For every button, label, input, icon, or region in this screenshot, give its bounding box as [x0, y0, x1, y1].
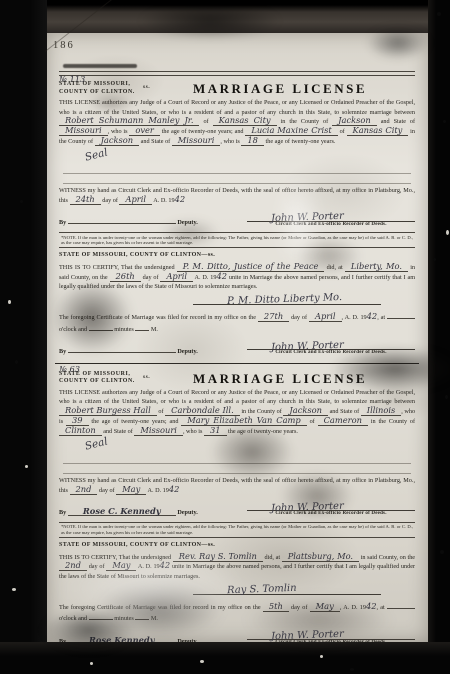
license2-certificate: THIS IS TO CERTIFY, That the undersigned… [59, 553, 415, 582]
scan-speck [200, 660, 204, 663]
meridiem-blank [135, 323, 149, 331]
hw-married-month: May [106, 560, 136, 571]
hw-witness-month: May [116, 484, 146, 495]
signature-line: John W. Porter [247, 210, 415, 222]
form-of: of [158, 408, 163, 415]
license1-filed: The foregoing Certificate of Marriage wa… [59, 311, 415, 334]
license-section-1: № 113 STATE OF MISSOURI, COUNTY OF CLINT… [59, 79, 415, 357]
hw-clerk-signature: John W. Porter [271, 501, 344, 513]
header-rule [59, 71, 415, 76]
seal-row: Seal [59, 436, 415, 451]
hw-bride-state: Missouri [134, 425, 183, 436]
form-by: By [59, 509, 66, 516]
scan-speck [445, 395, 448, 399]
hw-bride-city: Kansas City [347, 125, 409, 136]
oclock-blank [387, 601, 415, 609]
deputy-blank: Rose Kennedy [68, 637, 176, 645]
minutes-blank [89, 323, 113, 331]
form-oclock: o'clock and [59, 615, 87, 622]
form-who-is: , who is [183, 428, 202, 435]
scan-speck [433, 258, 436, 261]
hw-married-year: 42 [160, 560, 171, 570]
hw-witness-day: 2nd [70, 484, 98, 495]
form-filed: The foregoing Certificate of Marriage wa… [59, 604, 261, 611]
hw-officiant-signature: Ray S. Tomlin [227, 584, 297, 596]
consent-blank-lines [63, 164, 411, 184]
form-certify: THIS IS TO CERTIFY, That the undersigned [59, 264, 175, 271]
hw-married-at: Liberty, Mo. [345, 261, 408, 272]
scan-speck [90, 662, 93, 665]
form-ad: A. D. 19 [138, 563, 160, 570]
form-of: of [340, 128, 345, 135]
deputy-blank [68, 216, 176, 224]
form-day-of: day of [291, 604, 307, 611]
scan-speck [8, 300, 11, 304]
form-ad-comma: , A. D. 19 [342, 314, 367, 321]
officiant-signature-row: Ray S. Tomlin [59, 583, 381, 599]
hw-bride-county: Clinton [59, 425, 102, 436]
hw-seal-flourish: Seal [84, 148, 109, 163]
seal-row: Seal [59, 147, 415, 162]
license1-body: THIS LICENSE authorizes any Judge of a C… [59, 98, 415, 147]
form-day-of: day of [89, 563, 105, 570]
license1-certificate: THIS IS TO CERTIFY, That the undersigned… [59, 263, 415, 292]
signature-line: John W. Porter [247, 628, 415, 640]
license1-cert-state-line: STATE OF MISSOURI, COUNTY OF CLINTON—ss. [59, 251, 415, 261]
scan-border-bottom [0, 642, 450, 674]
page-content: № 113 STATE OF MISSOURI, COUNTY OF CLINT… [59, 79, 415, 646]
form-in-county: in the County of [371, 418, 415, 425]
hw-deputy-name: Rose C. Kennedy [83, 506, 161, 516]
license2-cert-state-line: STATE OF MISSOURI, COUNTY OF CLINTON—ss. [59, 541, 415, 551]
form-by: By [59, 219, 66, 226]
hw-filed-month: April [309, 311, 342, 322]
oclock-blank [387, 311, 415, 319]
hw-married-year: 42 [216, 271, 227, 281]
state-line: STATE OF MISSOURI, [59, 81, 130, 87]
license1-filed-by-row: By Deputy. John W. Porter Circuit Clerk … [59, 338, 415, 357]
license-section-2: № 63 STATE OF MISSOURI, COUNTY OF CLINTO… [59, 369, 415, 647]
scan-speck [12, 588, 16, 591]
hw-filed-year: 42 [367, 311, 378, 321]
scan-border-top [0, 0, 450, 33]
form-and-state: and State of [103, 428, 133, 435]
form-deputy: Deputy. [177, 638, 197, 645]
scanned-record-image: { "page": { "number": "186" }, "form": {… [0, 0, 450, 674]
scan-speck [443, 120, 446, 123]
form-ad: A. D. 19 [195, 274, 217, 281]
scanned-page: 186 № 113 STATE OF MISSOURI, COUNTY OF C… [47, 33, 428, 642]
form-age-clause: the age of twenty-one years; [91, 418, 166, 425]
license2-title: MARRIAGE LICENSE [171, 374, 389, 384]
hw-married-day: 2nd [59, 560, 87, 571]
hw-filed-day: 5th [263, 601, 289, 612]
hw-officiant-name: P. M. Ditto, Justice of the Peace [177, 261, 325, 272]
form-minutes: minutes [114, 615, 134, 622]
form-m: M. [151, 326, 158, 333]
hw-clerk-signature: John W. Porter [271, 340, 344, 352]
scan-speck [320, 655, 323, 658]
hw-bride-city: Cameron [318, 415, 368, 426]
form-ad-comma: , A. D. 19 [340, 604, 366, 611]
form-did-at: did, at [327, 264, 343, 271]
license1-state-county: STATE OF MISSOURI, COUNTY OF CLINTON. ss… [59, 81, 171, 96]
hw-married-month: April [160, 271, 193, 282]
ss-mark: ss. [143, 374, 150, 382]
scan-border-left [0, 0, 47, 674]
license2-header: № 63 STATE OF MISSOURI, COUNTY OF CLINTO… [59, 369, 415, 386]
consent-blank-lines [63, 454, 411, 474]
hw-officiant-signature: P. M. Ditto Liberty Mo. [227, 293, 342, 307]
license1-title: MARRIAGE LICENSE [171, 84, 389, 94]
form-oclock: o'clock and [59, 326, 87, 333]
hw-filed-deputy: Rose Kennedy [89, 635, 155, 645]
hw-filed-year: 42 [366, 601, 377, 611]
minutes-blank [89, 612, 113, 620]
form-minutes: minutes [114, 326, 134, 333]
scan-speck [440, 550, 444, 554]
form-at: , at [377, 604, 385, 611]
form-day-of: day of [102, 197, 118, 204]
hw-filed-day: 27th [258, 311, 289, 322]
license1-header: № 113 STATE OF MISSOURI, COUNTY OF CLINT… [59, 79, 415, 96]
hw-bride-county: Jackson [95, 135, 140, 146]
state-line: STATE OF MISSOURI, [59, 371, 130, 377]
license2-number: № 63 [59, 369, 171, 370]
page-number: 186 [53, 40, 75, 51]
clerk-signature-block: John W. Porter Circuit Clerk and Ex-offi… [247, 210, 415, 229]
license2-body: THIS LICENSE authorizes any Judge of a C… [59, 388, 415, 437]
hw-witness-day: 24th [70, 194, 101, 205]
record-divider [55, 363, 419, 364]
clerk-signature-block: John W. Porter Circuit Clerk and Ex-offi… [247, 338, 415, 357]
form-witness: WITNESS my hand as Circuit Clerk and Ex-… [59, 477, 366, 484]
form-in-said-county: in said County, on the [361, 554, 415, 561]
printer-imprint-smudge [63, 64, 137, 68]
by-deputy-line: By Deputy. [59, 216, 198, 228]
form-text-intro: THIS LICENSE authorizes any Judge of a C… [59, 389, 415, 406]
clerk-signature-block: John W. Porter Circuit Clerk and Ex-offi… [247, 628, 415, 647]
hw-bride-state: Missouri [172, 135, 221, 146]
license2-witness: WITNESS my hand as Circuit Clerk and Ex-… [59, 476, 415, 495]
form-text-intro: THIS LICENSE authorizes any Judge of a C… [59, 99, 415, 116]
form-by: By [59, 638, 66, 645]
form-age-clause-end: the age of twenty-one years. [228, 428, 298, 435]
form-at: , at [377, 314, 385, 321]
by-deputy-line: By Deputy. [59, 345, 198, 357]
officiant-signature-row: P. M. Ditto Liberty Mo. [59, 293, 381, 309]
hw-bride-name: Mary Elizabeth Van Camp [181, 415, 306, 426]
county-line: COUNTY OF CLINTON. [59, 89, 135, 95]
form-did-at: did, at [265, 554, 281, 561]
officiant-signature-line: Ray S. Tomlin [193, 583, 381, 595]
hw-officiant-name: Rev. Ray S. Tomlin [173, 551, 263, 562]
license1-number: № 113 [59, 79, 171, 80]
form-and-state: and State of [141, 138, 171, 145]
license2-left-heading: № 63 STATE OF MISSOURI, COUNTY OF CLINTO… [59, 369, 171, 386]
deputy-blank [68, 345, 176, 353]
by-deputy-line: By Rose C. Kennedy Deputy. [59, 508, 198, 518]
officiant-signature-line: P. M. Ditto Liberty Mo. [193, 293, 381, 305]
form-by: By [59, 348, 66, 355]
form-m: M. [151, 615, 158, 622]
license1-left-heading: № 113 STATE OF MISSOURI, COUNTY OF CLINT… [59, 79, 171, 96]
scan-speck [15, 360, 18, 364]
license1-by-row: By Deputy. John W. Porter Circuit Clerk … [59, 210, 415, 229]
scan-speck [25, 465, 28, 468]
form-deputy: Deputy. [177, 509, 197, 516]
scan-speck [437, 12, 441, 16]
form-day-of: day of [143, 274, 159, 281]
hw-bride-age: 18 [241, 135, 264, 146]
hw-witness-month: April [119, 194, 152, 205]
form-ad: A. D. 19 [148, 487, 169, 494]
hw-witness-year: 42 [175, 194, 186, 204]
hw-filed-month: May [310, 601, 340, 612]
form-filed: The foregoing Certificate of Marriage wa… [59, 314, 256, 321]
license2-by-row: By Rose C. Kennedy Deputy. John W. Porte… [59, 499, 415, 518]
scan-border-right [428, 0, 450, 674]
scan-speck [446, 230, 449, 235]
license2-state-county: STATE OF MISSOURI, COUNTY OF CLINTON. ss… [59, 371, 171, 386]
county-line: COUNTY OF CLINTON. [59, 378, 135, 384]
form-and: and [169, 418, 178, 425]
license1-footnote: *NOTE. If the man is under twenty-one or… [59, 232, 415, 248]
scan-speck [350, 668, 354, 671]
form-of: of [310, 418, 315, 425]
scan-speck [20, 200, 23, 203]
form-witness: WITNESS my hand as Circuit Clerk and Ex-… [59, 187, 366, 194]
hw-bride-age: 31 [204, 425, 227, 436]
deputy-blank: Rose C. Kennedy [68, 508, 176, 516]
form-day-of: day of [99, 487, 115, 494]
form-who-is: , who is [220, 138, 239, 145]
ss-mark: ss. [143, 84, 150, 92]
form-day-of: day of [291, 314, 307, 321]
hw-married-at: Plattsburg, Mo. [282, 551, 359, 562]
signature-line: John W. Porter [247, 499, 415, 511]
hw-seal-flourish: Seal [84, 438, 109, 453]
by-deputy-line: By Rose Kennedy Deputy. [59, 637, 198, 647]
signature-line: John W. Porter [247, 338, 415, 350]
form-of: of [203, 118, 208, 125]
clerk-signature-block: John W. Porter Circuit Clerk and Ex-offi… [247, 499, 415, 518]
license2-footnote: *NOTE. If the man is under twenty-one or… [59, 522, 415, 538]
form-ad: A. D. 19 [153, 197, 174, 204]
form-deputy: Deputy. [177, 219, 197, 226]
license1-witness: WITNESS my hand as Circuit Clerk and Ex-… [59, 186, 415, 205]
form-age-clause-end: the age of twenty-one years. [266, 138, 336, 145]
license2-filed: The foregoing Certificate of Marriage wa… [59, 601, 415, 624]
hw-married-day: 26th [110, 271, 141, 282]
meridiem-blank [135, 612, 149, 620]
form-deputy: Deputy. [177, 348, 197, 355]
hw-clerk-signature: John W. Porter [271, 212, 344, 224]
hw-witness-year: 42 [169, 484, 180, 494]
license2-filed-by-row: By Rose Kennedy Deputy. John W. Porter C… [59, 628, 415, 647]
